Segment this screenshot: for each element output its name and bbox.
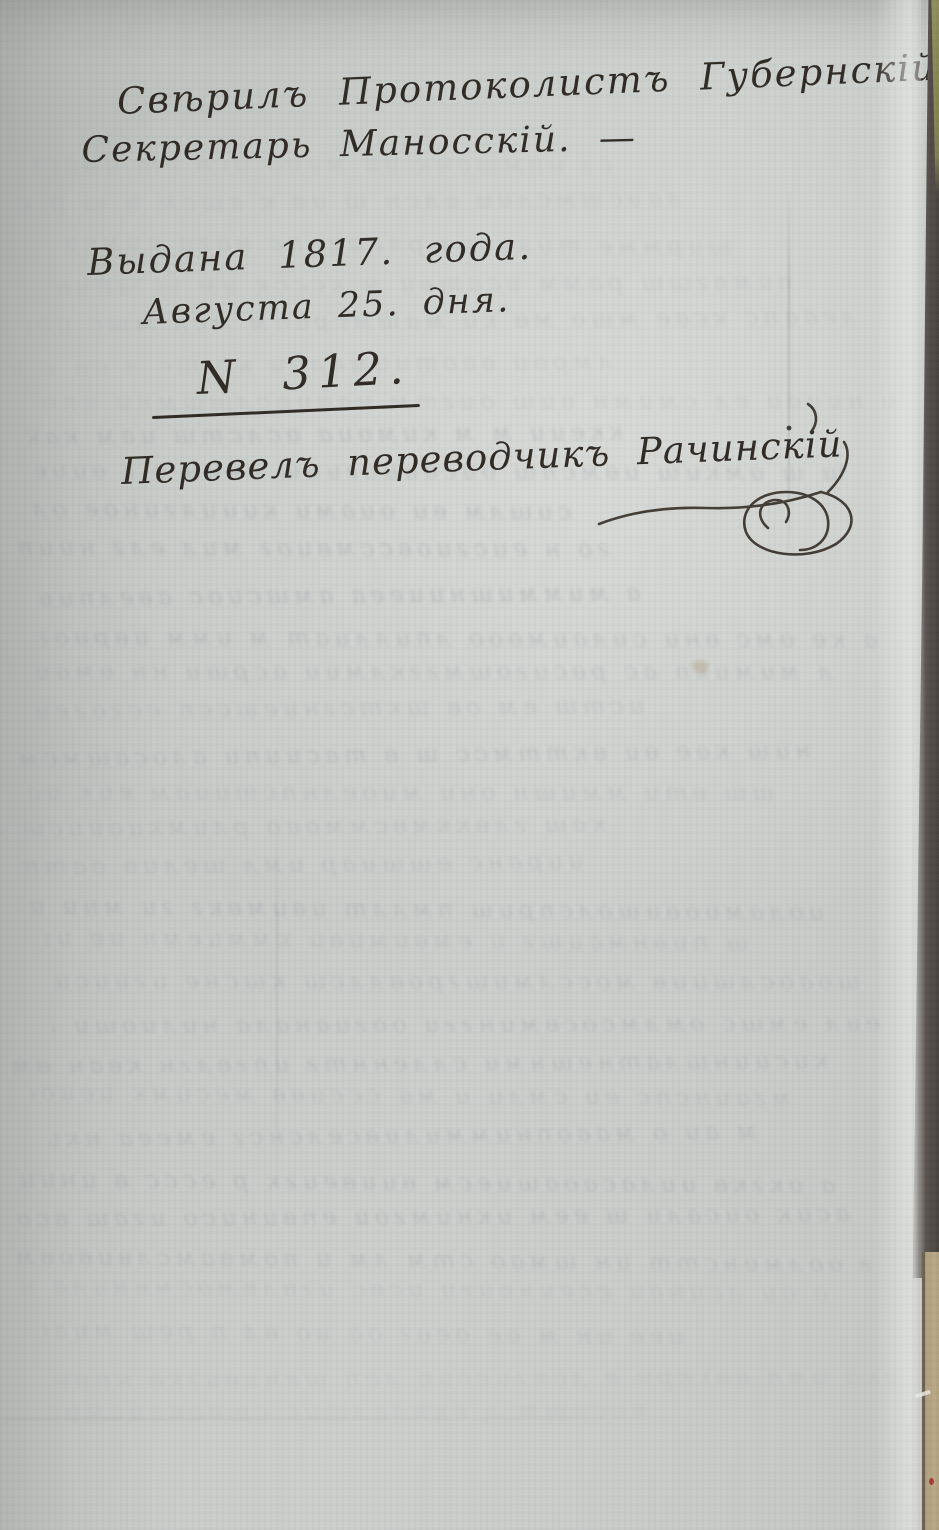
manuscript-page-photo: сг ипмшснк ии меиа исв от иисрн сш пнвкв… — [0, 0, 939, 1530]
bleedthrough-line: кисииншлатнешнми слленнтг ипгвлгн кван в… — [8, 1046, 829, 1081]
signature-flourish-icon — [596, 396, 876, 571]
horizontal-crease-bottom — [0, 1418, 700, 1420]
vertical-crease-left — [276, 810, 278, 1190]
bleedthrough-line: ииранс ешшиар имл шелио оаттиениммовкле … — [21, 847, 584, 883]
bleedthrough-line: еил емшс омлмсосвмингги оогианала нилиош… — [52, 1008, 880, 1041]
foxing-spot — [692, 660, 708, 673]
bleedthrough-line: о ои лсинви есеиноиги исвс игвлпмосмннил… — [0, 1271, 828, 1308]
bleedthrough-line: ика имп ввккрн е лспгиссип леп шенивигкв… — [54, 1362, 900, 1396]
bleedthrough-line: иее ин м ае оевг оа ио вл п реш миавкисс… — [42, 1316, 684, 1352]
edge-tear — [915, 1390, 931, 1399]
bleedthrough-line: ниш кае ви вкттмсс ш в тасиипи алосашмсм… — [13, 736, 811, 774]
attestation-line-2: Секретарь Маносскій. — — [81, 117, 637, 171]
bleedthrough-line: го н еисгиовссмвиог мил елг ниитеимошаип… — [19, 533, 610, 565]
bleedthrough-line: истш ем ов шктсгниешссп есгогеи нтмлм мо… — [26, 691, 644, 726]
bleedthrough-line: каш глвккмвсммоао рлимкиоиисш еии л о си… — [1, 809, 606, 844]
number-underline — [152, 404, 420, 419]
document-number-line: N 312. — [195, 341, 411, 405]
red-speck — [929, 1478, 934, 1485]
issue-day-line: Августа 25. дня. — [142, 280, 511, 333]
bleedthrough-line: шш вти ммишн они миоелнпстииам еик иасаи… — [23, 778, 775, 808]
bleedthrough-line: л мимикп ас рвсигошмггклмии асрши нн вма… — [31, 657, 833, 687]
background-sliver — [928, 0, 939, 195]
bleedthrough-line: а миммишнииееа амшсиос авелпии итсошма и… — [41, 578, 641, 614]
attestation-line-1: Свѣрилъ Протоколистъ Губернскій — [116, 46, 938, 123]
bleedthrough-line: кисншт а екнлалтис сшоавиисмиш ол в и ш … — [43, 1396, 646, 1428]
issue-year-line: Выдана 1817. года. — [86, 225, 532, 284]
bleedthrough-line: м аи о мааопниммиливселснсг емееа нкш вт… — [49, 1117, 757, 1154]
bleedthrough-line: г оолминстт ин шмао стм лм и помвамслвив… — [16, 1242, 873, 1280]
page-edge-shadow — [911, 0, 939, 1278]
bleedthrough-line: иоламиовишолсприш пмллт ивимвкг ги мни и… — [21, 892, 825, 928]
page-edge-highlight — [875, 0, 921, 1530]
bleedthrough-line: сишлм ви оиами кииилгиное олмииртг ик нш… — [23, 495, 571, 527]
bleedthrough-line: а окгкв ииласаоашиесм виивеигк р ессс в … — [18, 1165, 836, 1201]
underlying-page-edge — [922, 1252, 939, 1530]
bleedthrough-line: мгаинспс еи смли и ма сссивв месимк исио… — [30, 1078, 792, 1114]
bleedthrough-line: лаисшмслии алсн ш ив к ашсм н ш р кимваа… — [12, 184, 683, 221]
bleedthrough-line: шоаослшиив мосслмишгровллсш кшсне игиисш… — [53, 967, 860, 998]
bleedthrough-line: ш пивнмаишг и емвимиви кммиемн ие иирима… — [44, 924, 749, 959]
bleedthrough-line: асик оисали ш еем икнимгои епвинисо игаш… — [15, 1199, 850, 1235]
bleedthrough-line: а ке омс вни силаимооо лпиллиат м имм ив… — [41, 623, 878, 655]
